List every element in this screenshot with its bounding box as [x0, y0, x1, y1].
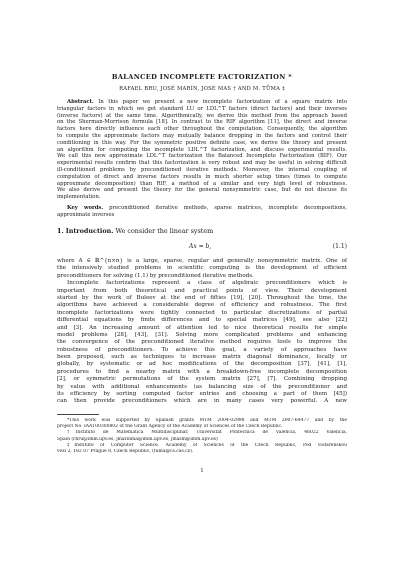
abstract-line: to compute the approximate factors may m…: [57, 133, 347, 140]
abstract-line: (inverse factors) at the same time. Algo…: [57, 113, 347, 120]
abstract-line: on the Sherman-Morrison formula [18]. In…: [57, 119, 347, 126]
abstract-line: We call this new approximate LDL^T facto…: [57, 153, 347, 160]
abstract-line: implementation.: [57, 194, 347, 201]
equation-expression: Ax = b,: [189, 243, 211, 250]
abstract-line: We also derive and present the theory fo…: [57, 187, 347, 194]
abstract-line: computation of direct and inverse factor…: [57, 174, 347, 181]
body-line: Incomplete factorizations represent a cl…: [57, 280, 347, 287]
body-line: been proposed, such as techniques to inc…: [57, 354, 347, 361]
body-line: by value with additional enhancements (a…: [57, 384, 347, 391]
body-line: incomplete factorizations were tightly c…: [57, 310, 347, 317]
abstract: Abstract. In this paper we present a new…: [57, 99, 347, 201]
page-number: 1: [57, 468, 347, 474]
paper-authors: RAFAEL BRU, JOSÉ MARÍN, JOSÉ MAS † AND M…: [57, 86, 347, 92]
body-line: robustness of preconditioners. To achiev…: [57, 347, 347, 354]
abstract-line: Abstract. In this paper we present a new…: [57, 99, 347, 106]
body-line: its efficiency by sorting computed facto…: [57, 391, 347, 398]
equation-number: (1.1): [333, 243, 347, 250]
body-line: and [3]. An increasing amount of attenti…: [57, 325, 347, 332]
section-lead: We consider the linear system: [116, 227, 214, 235]
keywords: Key words. preconditioned iterative meth…: [57, 205, 347, 219]
section-heading: 1. Introduction. We consider the linear …: [57, 227, 213, 235]
abstract-line: triangular factors in which we get stand…: [57, 106, 347, 113]
keywords-line: Key words. preconditioned iterative meth…: [57, 205, 347, 212]
keywords-line: approximate inverses: [57, 212, 347, 219]
body-line: where A ∈ ℝ^{n×n} is a large, sparse, re…: [57, 258, 347, 265]
abstract-line: factors here directly influence each oth…: [57, 126, 347, 133]
body-line: the convergence of the preconditioned it…: [57, 339, 347, 346]
body-line: algorithms have achieved a considerable …: [57, 302, 347, 309]
footnotes: *This work was supported by Spanish gran…: [57, 418, 347, 455]
body-text: where A ∈ ℝ^{n×n} is a large, sparse, re…: [57, 258, 347, 406]
abstract-label: Abstract.: [67, 99, 94, 105]
paper-title: BALANCED INCOMPLETE FACTORIZATION *: [57, 73, 347, 81]
body-line: globally, by systematic or ad hoc modifi…: [57, 361, 347, 368]
body-line: procedures to find a nearby matrix with …: [57, 369, 347, 376]
abstract-line: approximate decomposition) than RIF, a m…: [57, 181, 347, 188]
section-number: 1.: [57, 227, 64, 235]
footnote-line: věží 2, 182 07 Prague 8, Czech Republic,…: [57, 449, 347, 455]
section-title: Introduction.: [66, 227, 114, 235]
body-line: differential equations by finite differe…: [57, 317, 347, 324]
body-line: the intensively studied problems in scie…: [57, 265, 347, 272]
abstract-line: ill-conditioned problems by precondition…: [57, 167, 347, 174]
body-line: can then provide preconditioners which a…: [57, 398, 347, 405]
body-line: [2], or symmetric permutations of the sy…: [57, 376, 347, 383]
body-line: preconditioners for solving (1.1) by pre…: [57, 273, 347, 280]
body-line: started by the work of Buleev at the end…: [57, 295, 347, 302]
abstract-line: an algorithm for computing the incomplet…: [57, 147, 347, 154]
abstract-line: experimental results confirm that this f…: [57, 160, 347, 167]
abstract-line: conditioning in this way. For the symmet…: [57, 140, 347, 147]
body-line: model problems [28], [43], [31]. Solving…: [57, 332, 347, 339]
footnote-line: †Instituto de Matemàtica Multidisciplina…: [57, 430, 347, 436]
body-line: important from both theoretical and prac…: [57, 288, 347, 295]
keywords-label: Key words.: [67, 205, 103, 211]
footnote-divider: [57, 414, 99, 415]
